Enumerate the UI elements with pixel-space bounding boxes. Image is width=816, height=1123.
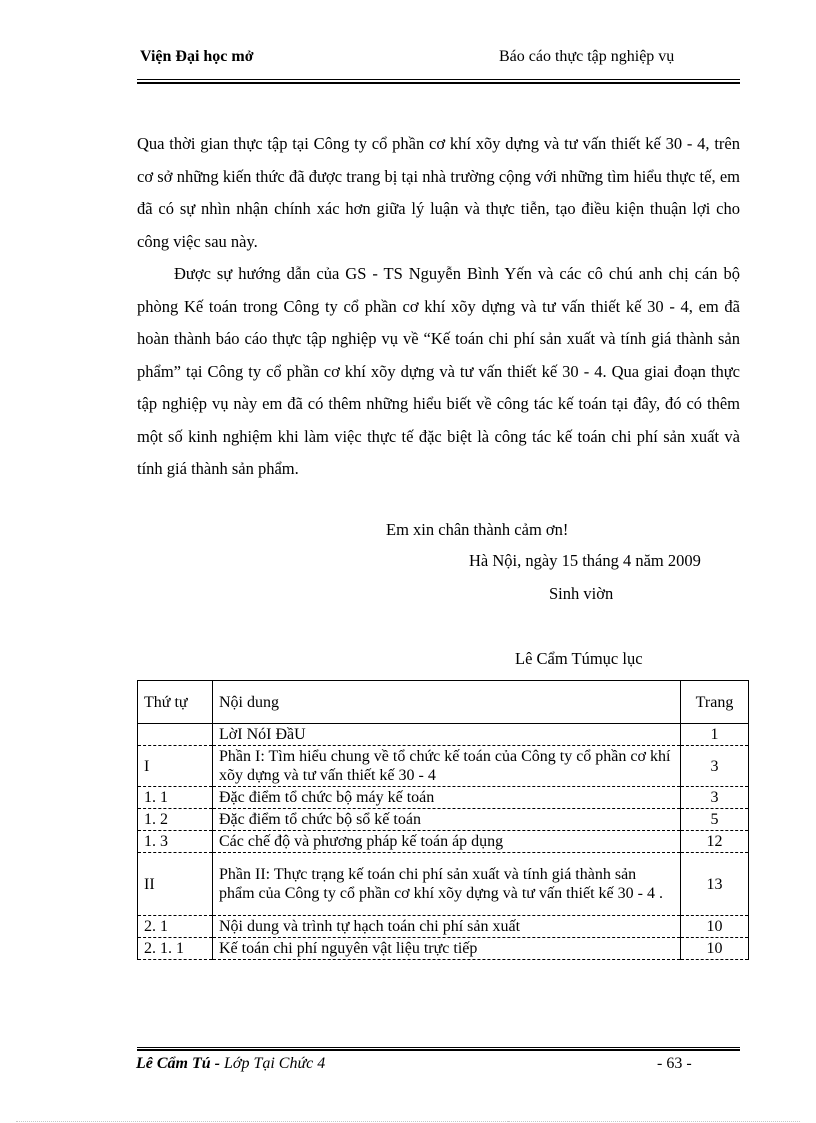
toc-row: LờI NóI ĐầU1 [138, 724, 749, 746]
signer-role: Sinh viờn [549, 584, 613, 604]
toc-row: 1. 3Các chế độ và phương pháp kế toán áp… [138, 831, 749, 853]
toc-header-content: Nội dung [213, 681, 681, 724]
footer-author: Lê Cẩm Tú - Lớp Tại Chức 4 [136, 1055, 325, 1073]
header-report-title: Báo cáo thực tập nghiệp vụ [499, 48, 674, 66]
toc-page: 12 [681, 831, 749, 853]
toc-page: 5 [681, 809, 749, 831]
toc-order: 1. 1 [138, 787, 213, 809]
page-number: - 63 - [657, 1055, 692, 1073]
signer-name-toc-title: Lê Cẩm Túmục lục [515, 649, 643, 669]
toc-order: 1. 3 [138, 831, 213, 853]
toc-content: Phần I: Tìm hiểu chung về tổ chức kế toá… [213, 746, 681, 787]
toc-content: Các chế độ và phương pháp kế toán áp dụn… [213, 831, 681, 853]
toc-page: 3 [681, 787, 749, 809]
toc-page: 10 [681, 938, 749, 960]
page-boundary [508, 1121, 800, 1122]
toc-row: IPhần I: Tìm hiểu chung về tổ chức kế to… [138, 746, 749, 787]
toc-row: 2. 1Nội dung và trình tự hạch toán chi p… [138, 916, 749, 938]
page-header: Viện Đại học mở Báo cáo thực tập nghiệp … [137, 48, 740, 72]
place-date: Hà Nội, ngày 15 tháng 4 năm 2009 [469, 551, 701, 571]
toc-row: 2. 1. 1Kế toán chi phí nguyên vật liệu t… [138, 938, 749, 960]
footer-class-name: Lớp Tại Chức 4 [224, 1055, 325, 1072]
toc-page: 3 [681, 746, 749, 787]
page-boundary [16, 1121, 508, 1122]
closing-thanks: Em xin chân thành cảm ơn! [386, 520, 568, 540]
toc-page: 13 [681, 853, 749, 916]
toc-header-page: Trang [681, 681, 749, 724]
body-text: Qua thời gian thực tập tại Công ty cổ ph… [137, 128, 740, 486]
toc-row: IIPhần II: Thực trạng kế toán chi phí sả… [138, 853, 749, 916]
toc-row: 1. 2Đặc điểm tổ chức bộ sổ kế toán5 [138, 809, 749, 831]
toc-page: 1 [681, 724, 749, 746]
toc-content: LờI NóI ĐầU [213, 724, 681, 746]
toc-content: Đặc điểm tổ chức bộ máy kế toán [213, 787, 681, 809]
toc-order: 1. 2 [138, 809, 213, 831]
toc-content: Đặc điểm tổ chức bộ sổ kế toán [213, 809, 681, 831]
toc-page: 10 [681, 916, 749, 938]
toc-content: Phần II: Thực trạng kế toán chi phí sản … [213, 853, 681, 916]
toc-order: 2. 1 [138, 916, 213, 938]
header-institution: Viện Đại học mở [140, 48, 254, 66]
toc-order [138, 724, 213, 746]
toc-order: II [138, 853, 213, 916]
toc-content: Kế toán chi phí nguyên vật liệu trực tiế… [213, 938, 681, 960]
toc-header-row: Thứ tự Nội dung Trang [138, 681, 749, 724]
toc-order: I [138, 746, 213, 787]
paragraph-1: Qua thời gian thực tập tại Công ty cổ ph… [137, 128, 740, 258]
footer-divider [137, 1047, 740, 1051]
toc-order: 2. 1. 1 [138, 938, 213, 960]
toc-row: 1. 1Đặc điểm tổ chức bộ máy kế toán3 [138, 787, 749, 809]
header-divider [137, 79, 740, 84]
paragraph-2: Được sự hướng dẫn của GS - TS Nguyễn Bìn… [137, 258, 740, 486]
toc-content: Nội dung và trình tự hạch toán chi phí s… [213, 916, 681, 938]
table-of-contents: Thứ tự Nội dung Trang LờI NóI ĐầU1IPhần … [137, 680, 749, 960]
footer-author-name: Lê Cẩm Tú - [136, 1055, 224, 1072]
toc-header-order: Thứ tự [138, 681, 213, 724]
